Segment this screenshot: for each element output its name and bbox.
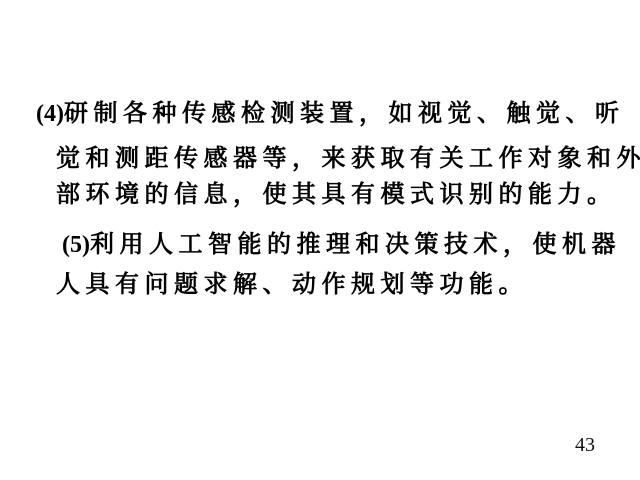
item-4-text-1: 研制各种传感检测装置，如视觉、触觉、听	[64, 98, 625, 127]
item-5-marker: (5)	[62, 232, 90, 258]
page-number: 43	[575, 434, 595, 457]
item-5-text-1: 利用人工智能的推理和决策技术，使机器	[90, 229, 621, 258]
slide: (4)研制各种传感检测装置，如视觉、触觉、听 觉和测距传感器等，来获取有关工作对…	[0, 0, 640, 480]
item-5-line-1: (5)利用人工智能的推理和决策技术，使机器	[62, 229, 621, 260]
item-5-line-2: 人具有问题求解、动作规划等功能。	[56, 269, 528, 299]
item-4-marker: (4)	[36, 101, 64, 127]
item-4-line-3: 部环境的信息，使其具有模式识别的能力。	[56, 179, 617, 209]
item-4-line-2: 觉和测距传感器等，来获取有关工作对象和外	[56, 143, 640, 173]
item-4-line-1: (4)研制各种传感检测装置，如视觉、触觉、听	[36, 98, 624, 129]
